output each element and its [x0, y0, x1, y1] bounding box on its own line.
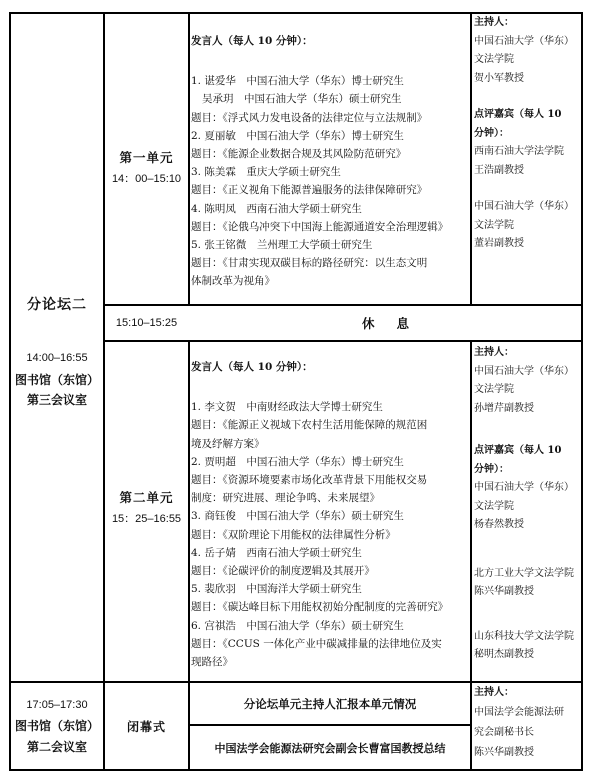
unit1-line: 吴承玥 中国石油大学（华东）硕士研究生: [191, 90, 471, 108]
forum-time: 14:00–16:55: [11, 352, 103, 364]
unit1-reviewers-label: 分钟）：: [474, 125, 582, 144]
closing-item-report: 分论坛单元主持人汇报本单元情况: [244, 696, 417, 712]
unit1-reviewer-line: 董岩副教授: [474, 235, 582, 254]
unit2-host-line: 孙增芹副教授: [474, 400, 582, 419]
unit2-reviewer-line: 北方工业大学文法学院: [474, 565, 582, 584]
closing-time: 17:05–17:30: [11, 699, 103, 711]
break-label-cell: 休息: [190, 306, 581, 340]
unit2-line: 题目：《CCUS 一体化产业中碳减排量的法律地位及实: [191, 635, 471, 653]
table-border-bottom: [9, 769, 583, 771]
unit2-line: 4. 岳子婧 西南石油大学硕士研究生: [191, 544, 471, 562]
unit2-reviewer-line: 中国石油大学（华东）: [474, 479, 582, 498]
unit2-speakers-header: 发言人（每人 10 分钟）：: [191, 358, 471, 376]
unit2-reviewer-line: 山东科技大学文法学院: [474, 628, 582, 647]
unit2-line: 6. 宫祺浩 中国石油大学（华东）硕士研究生: [191, 617, 471, 635]
unit2-line: 制度：研究进展、理论争鸣、未来展望》: [191, 489, 471, 507]
closing-item-summary: 中国法学会能源法研究会副会长曹富国教授总结: [215, 740, 446, 756]
unit1-line: 体制改革为视角》: [191, 272, 471, 290]
closing-host-line: 中国法学会能源法研: [474, 703, 582, 723]
unit2-reviewer-line: 秘明杰副教授: [474, 646, 582, 665]
unit1-reviewer-line: 王浩副教授: [474, 162, 582, 181]
unit2-line: 3. 商钰俊 中国石油大学（华东）硕士研究生: [191, 507, 471, 525]
unit1-line: 题目：《甘肃实现双碳目标的路径研究：以生态文明: [191, 254, 471, 272]
unit1-line: 4. 陈明凤 西南石油大学硕士研究生: [191, 200, 471, 218]
closing-location-1: 图书馆（东馆）: [7, 717, 107, 736]
unit1-line: 题目：《论俄乌冲突下中国海上能源通道安全治理逻辑》: [191, 218, 471, 236]
unit2-reviewer-line: 陈兴华副教授: [474, 583, 582, 602]
unit2-line: 1. 李文贺 中南财经政法大学博士研究生: [191, 398, 471, 416]
closing-item1-cell: 分论坛单元主持人汇报本单元情况: [190, 683, 470, 724]
closing-location-2: 第二会议室: [11, 738, 103, 757]
break-time-cell: 15:10–15:25: [105, 306, 188, 340]
closing-info-cell: 17:05–17:30 图书馆（东馆） 第二会议室: [11, 683, 103, 769]
closing-host-label: 主持人：: [474, 684, 582, 703]
forum-title: 分论坛二: [11, 294, 103, 314]
unit2-line: 境及纾解方案》: [191, 435, 471, 453]
unit1-host-line: 文法学院: [474, 51, 582, 70]
unit2-line: 2. 贾明超 中国石油大学（华东）博士研究生: [191, 453, 471, 471]
unit1-line: 题目：《正义视角下能源普遍服务的法律保障研究》: [191, 181, 471, 199]
unit2-line: 题目：《能源正义视域下农村生活用能保障的规范困: [191, 416, 471, 434]
unit1-time: 14：00–15:10: [112, 170, 181, 186]
unit1-name: 第一单元: [119, 148, 173, 166]
col-divider-2a: [188, 12, 190, 306]
closing-item2-cell: 中国法学会能源法研究会副会长曹富国教授总结: [190, 726, 470, 769]
unit1-reviewer-line: 文法学院: [474, 217, 582, 236]
unit1-line: 题目：《能源企业数据合规及其风险防范研究》: [191, 145, 471, 163]
unit2-time: 15：25–16:55: [112, 510, 181, 526]
unit1-line: 2. 夏丽敏 中国石油大学（华东）博士研究生: [191, 127, 471, 145]
unit1-host-line: 贺小军教授: [474, 70, 582, 89]
unit2-line: 题目：《资源环境要素市场化改革背景下用能权交易: [191, 471, 471, 489]
unit2-line: 题目：《碳达峰目标下用能权初始分配制度的完善研究》: [191, 598, 471, 616]
unit1-host-line: 中国石油大学（华东）: [474, 33, 582, 52]
unit2-reviewer-line: 杨春然教授: [474, 516, 582, 535]
unit1-reviewer-line: 中国石油大学（华东）: [474, 198, 582, 217]
forum-title-cell: 分论坛二 14:00–16:55 图书馆（东馆） 第三会议室: [11, 14, 103, 681]
unit2-host-line: 中国石油大学（华东）: [474, 363, 582, 382]
break-time: 15:10–15:25: [116, 317, 177, 329]
unit2-reviewers-label: 点评嘉宾（每人 10: [474, 442, 582, 461]
unit2-host-line: 文法学院: [474, 381, 582, 400]
unit1-reviewers-label: 点评嘉宾（每人 10: [474, 106, 582, 125]
unit2-host-cell: 主持人： 中国石油大学（华东） 文法学院 孙增芹副教授 点评嘉宾（每人 10 分…: [474, 344, 582, 665]
unit2-line: 题目：《双阶理论下用能权的法律属性分析》: [191, 526, 471, 544]
unit2-line: 题目：《论碳评价的制度逻辑及其展开》: [191, 562, 471, 580]
closing-name: 闭幕式: [127, 718, 166, 735]
unit1-speakers-cell: 发言人（每人 10 分钟）： 1. 谌爱华 中国石油大学（华东）博士研究生 吴承…: [191, 32, 471, 291]
forum-location-2: 第三会议室: [11, 391, 103, 410]
unit2-line: 现路径》: [191, 653, 471, 671]
unit2-reviewer-line: 文法学院: [474, 498, 582, 517]
closing-host-line: 陈兴华副教授: [474, 743, 582, 763]
unit2-speakers-cell: 发言人（每人 10 分钟）： 1. 李文贺 中南财经政法大学博士研究生 题目：《…: [191, 358, 471, 671]
unit2-reviewers-label: 分钟）：: [474, 461, 582, 480]
unit1-line: 题目：《浮式风力发电设备的法律定位与立法规制》: [191, 109, 471, 127]
unit1-label-cell: 第一单元 14：00–15:10: [105, 14, 188, 304]
unit2-host-label: 主持人：: [474, 344, 582, 363]
unit2-name: 第二单元: [119, 488, 173, 506]
unit2-line: 5. 裴欣羽 中国海洋大学硕士研究生: [191, 580, 471, 598]
closing-host-cell: 主持人： 中国法学会能源法研 究会副秘书长 陈兴华副教授: [474, 684, 582, 763]
unit1-reviewer-line: 西南石油大学法学院: [474, 143, 582, 162]
closing-name-cell: 闭幕式: [105, 683, 188, 769]
unit1-line: 3. 陈美霖 重庆大学硕士研究生: [191, 163, 471, 181]
unit1-line: 1. 谌爱华 中国石油大学（华东）博士研究生: [191, 72, 471, 90]
break-label: 休息: [340, 314, 431, 332]
unit1-speakers-header: 发言人（每人 10 分钟）：: [191, 32, 471, 50]
forum-location-1: 图书馆（东馆）: [7, 371, 107, 390]
unit2-label-cell: 第二单元 15：25–16:55: [105, 342, 188, 681]
unit1-host-cell: 主持人： 中国石油大学（华东） 文法学院 贺小军教授 点评嘉宾（每人 10 分钟…: [474, 14, 582, 254]
unit1-line: 5. 张王铭微 兰州理工大学硕士研究生: [191, 236, 471, 254]
closing-host-line: 究会副秘书长: [474, 723, 582, 743]
unit1-host-label: 主持人：: [474, 14, 582, 33]
